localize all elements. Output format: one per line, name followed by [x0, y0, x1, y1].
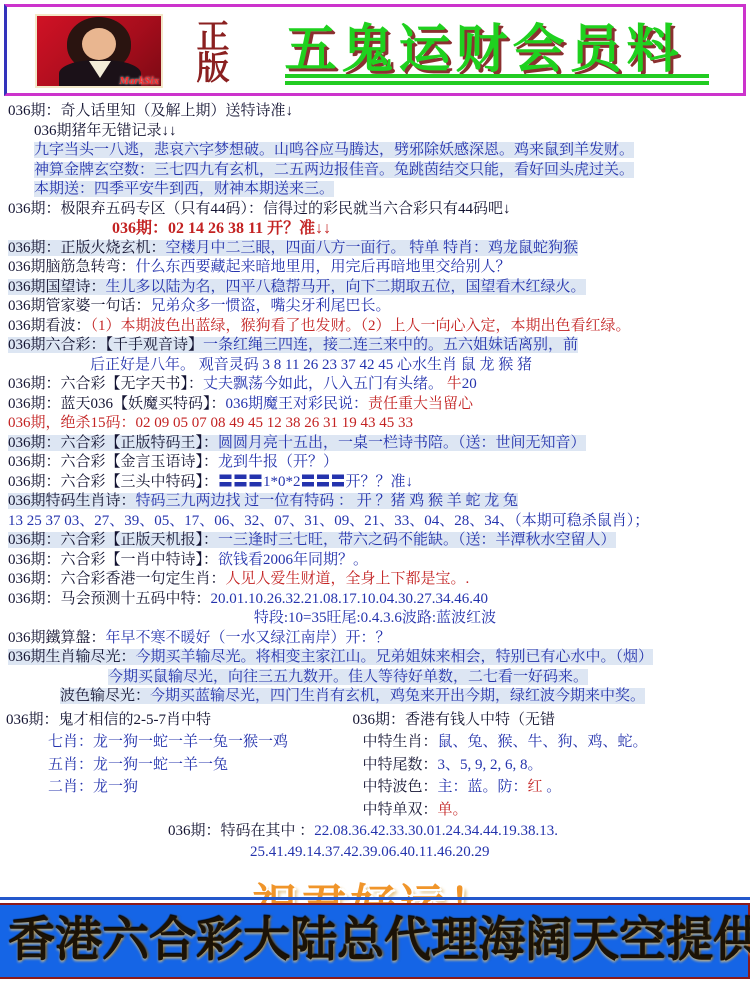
banner-character: 香	[8, 918, 55, 965]
content-line: 036期：六合彩【正版天机报】：一三逢时三七旺，带六之码不能缺。（送：半潭秋水空…	[0, 531, 750, 551]
content-line: 今期买鼠输尽光，向往三五九数开。佳人等待好单数，二七看一好码来。	[0, 668, 750, 688]
text-segment: 20	[462, 376, 477, 392]
text-segment: 036期：鬼才相信的2-5-7肖中特	[6, 712, 211, 728]
text-segment: （1）本期波色出蓝绿，猴狗看了也发财。（2）上人一向心入定，本期出色看红绿。	[91, 318, 631, 334]
text-segment: 九字当头一八逃，悲哀六字梦想破。山鸣谷应马腾达，劈邪除妖感深恩。鸡来鼠到羊发财。	[34, 142, 634, 158]
text-segment: 特段:10=35旺尾:0.4.3.6波路:蓝波红波	[254, 610, 496, 626]
content-line: 036期六合彩：【千手观音诗】一条红绳三四连，接二连三来中的。五六姐妹话离别，前	[0, 336, 750, 356]
text-segment: 牛	[447, 376, 462, 392]
banner-character: 供	[713, 918, 750, 965]
text-segment: 036期生肖输尽光：	[8, 649, 136, 665]
content-line: 13 25 37 03、27、39、05、17、06、32、07、31、09、2…	[0, 512, 750, 532]
footer-banner: 香港六合彩大陆总代理海阔天空提供	[0, 897, 750, 979]
text-segment: 036期六合彩：【千手观音诗】	[8, 337, 203, 353]
content-line: 036期：特码在其中 ：22.08.36.42.33.30.01.24.34.4…	[0, 821, 750, 842]
content-line: 036期管家婆一句话：兄弟众多一惯盗，嘴尖牙利尾巴长。	[0, 297, 750, 317]
text-segment: 中特单双：	[363, 802, 438, 818]
page-title: 五鬼运财会员料	[245, 7, 723, 82]
content-line: 中特生肖：鼠、兔、猴、牛、狗、鸡、蛇。	[353, 731, 750, 754]
right-column: 036期：香港有钱人中特（无错中特生肖：鼠、兔、猴、牛、狗、鸡、蛇。中特尾数：3…	[353, 709, 750, 822]
text-segment: 本期送：四季平安牛到西，财神本期送来三。	[34, 181, 334, 197]
text-segment: 036期：奇人话里知（及解上期）送特诗准↓	[8, 103, 293, 119]
text-segment: 036期：六合彩【三头中特码】：	[8, 474, 218, 490]
authenticity-stamp: 正版	[193, 23, 233, 86]
content-line: 036期鐵算盤：年早不寒不暖好（一水又绿江南岸）开：？	[0, 629, 750, 649]
text-segment: 责任重大当留心	[368, 396, 473, 412]
text-segment: 036期：六合彩【正版天机报】：	[8, 532, 218, 548]
text-segment: 036期，绝杀15码：	[8, 415, 136, 431]
banner-character: 阔	[525, 918, 572, 965]
content-line: 七肖：龙一狗一蛇一羊一兔一猴一鸡	[0, 731, 353, 754]
lottery-tip-sheet: MarkSix 正版 五鬼运财会员料 036期：奇人话里知（及解上期）送特诗准↓…	[0, 0, 750, 983]
content-line: 036期：02 14 26 38 11 开？准↓↓	[0, 219, 750, 239]
content-line: 036期：鬼才相信的2-5-7肖中特	[0, 709, 353, 732]
content-line: 036期：奇人话里知（及解上期）送特诗准↓	[0, 102, 750, 122]
text-segment: 036期猪年无错记录↓↓	[34, 123, 177, 139]
text-segment: 036期：六合彩【一肖中特诗】：	[8, 552, 218, 568]
text-segment: 五肖：龙一狗一蛇一羊一兔	[48, 757, 228, 773]
text-segment: 036期魔王对彩民说：	[226, 396, 369, 412]
content-line: 036期：六合彩【无字天书】：丈夫飘荡今如此，八入五门有头绪。 牛20	[0, 375, 750, 395]
text-segment: 波色输尽光：	[60, 688, 150, 704]
content-line: 二肖：龙一狗	[0, 776, 353, 799]
two-column-section: 036期：鬼才相信的2-5-7肖中特七肖：龙一狗一蛇一羊一兔一猴一鸡五肖：龙一狗…	[0, 709, 750, 822]
content-line: 036期脑筋急转弯：什么东西要藏起来暗地里用，用完后再暗地里交给别人？	[0, 258, 750, 278]
banner-character: 陆	[290, 918, 337, 965]
text-segment: 〓〓〓1*0*2〓〓〓开？？准↓	[218, 474, 413, 490]
text-segment: 036期管家婆一句话：	[8, 298, 151, 314]
content-line: 波色输尽光：今期买蓝输尽光，四门生肖有玄机，鸡兔来开出今期，绿红波今期来中奖。	[0, 687, 750, 707]
photo-caption: MarkSix	[119, 75, 159, 87]
content-line: 本期送：四季平安牛到西，财神本期送来三。	[0, 180, 750, 200]
banner-character: 总	[337, 918, 384, 965]
text-segment: 中特生肖：	[363, 734, 438, 750]
text-segment: 单。	[438, 802, 468, 818]
text-segment: 神算金牌玄空数：三七四九有玄机，二五两边报佳音。兔跳茵结交只能，看好回头虎过关。	[34, 162, 634, 178]
content-line: 中特尾数：3、5, 9, 2, 6, 8。	[353, 754, 750, 777]
banner-character: 大	[243, 918, 290, 965]
text-segment: 036期国望诗：	[8, 279, 106, 295]
text-segment: 二肖：龙一狗	[48, 779, 138, 795]
content-line: 036期看波：（1）本期波色出蓝绿，猴狗看了也发财。（2）上人一向心入定，本期出…	[0, 317, 750, 337]
text-segment: 036期：马会预测十五码中特：	[8, 591, 211, 607]
text-segment: 空楼月中二三眼，四面八方一面行。 特单 特肖：鸡龙鼠蛇狗猴	[166, 240, 579, 256]
text-segment: 什么东西要藏起来暗地里用，用完后再暗地里交给别人？	[136, 259, 511, 275]
text-segment: 圆圆月亮十五出，一桌一栏诗书陪。（送：世间无知音）	[218, 435, 586, 451]
content-line: 036期：六合彩【三头中特码】：〓〓〓1*0*2〓〓〓开？？准↓	[0, 473, 750, 493]
content-line: 036期：蓝天036【妖魔买特码】：036期魔王对彩民说：责任重大当留心	[0, 395, 750, 415]
text-segment: 今期买蓝输尽光，四门生肖有玄机，鸡兔来开出今期，绿红波今期来中奖。	[150, 688, 645, 704]
banner-character: 彩	[196, 918, 243, 965]
text-segment: 036期：六合彩【无字天书】：	[8, 376, 203, 392]
content-line: 036期：香港有钱人中特（无错	[353, 709, 750, 732]
text-segment: 036期鐵算盤：	[8, 630, 106, 646]
banner-character: 天	[572, 918, 619, 965]
content-line: 036期，绝杀15码：02 09 05 07 08 49 45 12 38 26…	[0, 414, 750, 434]
text-segment: 兄弟众多一惯盗，嘴尖牙利尾巴长。	[151, 298, 391, 314]
portrait-face	[82, 28, 116, 60]
content-line: 后正好是八年。 观音灵码 3 8 11 26 23 37 42 45 心水生肖 …	[0, 356, 750, 376]
text-segment: 今期买鼠输尽光，向往三五九数开。佳人等待好单数，二七看一好码来。	[108, 669, 588, 685]
content-line: 五肖：龙一狗一蛇一羊一兔	[0, 754, 353, 777]
text-segment: 25.41.49.14.37.42.39.06.40.11.46.20.29	[250, 844, 489, 860]
text-segment: 中特尾数：	[363, 757, 438, 773]
text-segment: 主：蓝。防：	[438, 779, 528, 795]
masthead: MarkSix 正版 五鬼运财会员料	[4, 4, 746, 96]
content-line: 036期生肖输尽光：今期买羊输尽光。将相变主家江山。兄弟姐妹来相会，特别已有心水…	[0, 648, 750, 668]
banner-character: 六	[102, 918, 149, 965]
text-segment: 036期：六合彩香港一句定生肖：	[8, 571, 226, 587]
text-segment: 3、5, 9, 2, 6, 8。	[438, 757, 543, 773]
portrait-photo: MarkSix	[35, 14, 163, 88]
banner-character: 提	[666, 918, 713, 965]
text-segment: 036期看波：	[8, 318, 91, 334]
text-segment: 七肖：龙一狗一蛇一羊一兔一猴一鸡	[48, 734, 288, 750]
text-segment: 红	[528, 779, 543, 795]
banner-character: 合	[149, 918, 196, 965]
text-segment: 欲钱看2006年同期？。	[218, 552, 368, 568]
text-segment: 今期买羊输尽光。将相变主家江山。兄弟姐妹来相会，特别已有心水中。（烟）	[136, 649, 654, 665]
special-numbers-section: 036期：特码在其中 ：22.08.36.42.33.30.01.24.34.4…	[0, 821, 750, 863]
content-lines: 036期：奇人话里知（及解上期）送特诗准↓036期猪年无错记录↓↓九字当头一八逃…	[0, 102, 750, 707]
banner-character: 代	[384, 918, 431, 965]
text-segment: 特码三九两边找 过一位有特码 ： 开 ？猪 鸡 猴 羊 蛇 龙 兔	[136, 493, 519, 509]
content-line: 036期：六合彩【一肖中特诗】：欲钱看2006年同期？。	[0, 551, 750, 571]
text-segment: 龙到牛报（开？）	[218, 454, 338, 470]
footer-banner-text: 香港六合彩大陆总代理海阔天空提供	[0, 903, 750, 979]
content-line: 036期：极限弃五码专区（只有44码）：信得过的彩民就当六合彩只有44码吧↓	[0, 200, 750, 220]
content-line: 036期猪年无错记录↓↓	[0, 122, 750, 142]
content-line: 036期特码生肖诗：特码三九两边找 过一位有特码 ： 开 ？猪 鸡 猴 羊 蛇 …	[0, 492, 750, 512]
text-segment: 中特波色：	[363, 779, 438, 795]
text-segment: 丈夫飘荡今如此，八入五门有头绪。	[203, 376, 447, 392]
title-underline	[285, 74, 709, 78]
text-segment: 036期特码生肖诗：	[8, 493, 136, 509]
text-segment: 036期：极限弃五码专区（只有44码）：信得过的彩民就当六合彩只有44码吧↓	[8, 201, 511, 217]
text-segment: 13 25 37 03、27、39、05、17、06、32、07、31、09、2…	[8, 513, 649, 529]
content-line: 中特单双：单。	[353, 799, 750, 822]
content-line: 九字当头一八逃，悲哀六字梦想破。山鸣谷应马腾达，劈邪除妖感深恩。鸡来鼠到羊发财。	[0, 141, 750, 161]
content-line: 25.41.49.14.37.42.39.06.40.11.46.20.29	[0, 842, 750, 863]
content-line: 036期：六合彩【正版特码王】：圆圆月亮十五出，一桌一栏诗书陪。（送：世间无知音…	[0, 434, 750, 454]
content-line: 中特波色：主：蓝。防：红 。	[353, 776, 750, 799]
text-segment: 人见人爱生财道，全身上下都是宝。.	[226, 571, 470, 587]
content-line: 036期国望诗：生儿多以陆为名，四平八稳帮马开，向下二期取五位，国望看木红绿火。	[0, 278, 750, 298]
text-segment: 。	[543, 779, 562, 795]
banner-character: 理	[431, 918, 478, 965]
text-segment: 036期：香港有钱人中特（无错	[353, 712, 556, 728]
text-segment: 036期：正版火烧玄机：	[8, 240, 166, 256]
banner-character: 海	[478, 918, 525, 965]
text-segment: 036期：特码在其中 ：	[168, 823, 314, 839]
content-line: 036期：马会预测十五码中特：20.01.10.26.32.21.08.17.1…	[0, 590, 750, 610]
portrait-collar	[89, 61, 111, 78]
text-segment: 鼠、兔、猴、牛、狗、鸡、蛇。	[438, 734, 648, 750]
content-line: 神算金牌玄空数：三七四九有玄机，二五两边报佳音。兔跳茵结交只能，看好回头虎过关。	[0, 161, 750, 181]
text-segment: 年早不寒不暖好（一水又绿江南岸）开：？	[106, 630, 391, 646]
text-segment: 036期：02 14 26 38 11 开？准↓↓	[112, 220, 331, 237]
text-segment: 036期脑筋急转弯：	[8, 259, 136, 275]
content-line: 036期：六合彩香港一句定生肖：人见人爱生财道，全身上下都是宝。.	[0, 570, 750, 590]
text-segment: 20.01.10.26.32.21.08.17.10.04.30.27.34.4…	[211, 591, 489, 607]
text-segment: 生儿多以陆为名，四平八稳帮马开，向下二期取五位，国望看木红绿火。	[106, 279, 586, 295]
text-segment: 后正好是八年。 观音灵码 3 8 11 26 23 37 42 45 心水生肖 …	[90, 357, 532, 373]
text-segment: 22.08.36.42.33.30.01.24.34.44.19.38.13.	[314, 823, 558, 839]
title-underline	[285, 81, 709, 85]
content-line: 036期：正版火烧玄机：空楼月中二三眼，四面八方一面行。 特单 特肖：鸡龙鼠蛇狗…	[0, 239, 750, 259]
banner-character: 空	[619, 918, 666, 965]
text-segment: 一三逢时三七旺，带六之码不能缺。（送：半潭秋水空留人）	[218, 532, 616, 548]
text-segment: 036期：六合彩【金言玉语诗】：	[8, 454, 218, 470]
content-line: 036期：六合彩【金言玉语诗】：龙到牛报（开？）	[0, 453, 750, 473]
left-column: 036期：鬼才相信的2-5-7肖中特七肖：龙一狗一蛇一羊一兔一猴一鸡五肖：龙一狗…	[0, 709, 353, 822]
text-segment: 一条红绳三四连，接二连三来中的。五六姐妹话离别，前	[203, 337, 578, 353]
text-segment: 036期：六合彩【正版特码王】：	[8, 435, 218, 451]
text-segment: 02 09 05 07 08 49 45 12 38 26 31 19 43 4…	[136, 415, 414, 431]
text-segment: 036期：蓝天036【妖魔买特码】：	[8, 396, 226, 412]
content-line: 特段:10=35旺尾:0.4.3.6波路:蓝波红波	[0, 609, 750, 629]
banner-character: 港	[55, 918, 102, 965]
